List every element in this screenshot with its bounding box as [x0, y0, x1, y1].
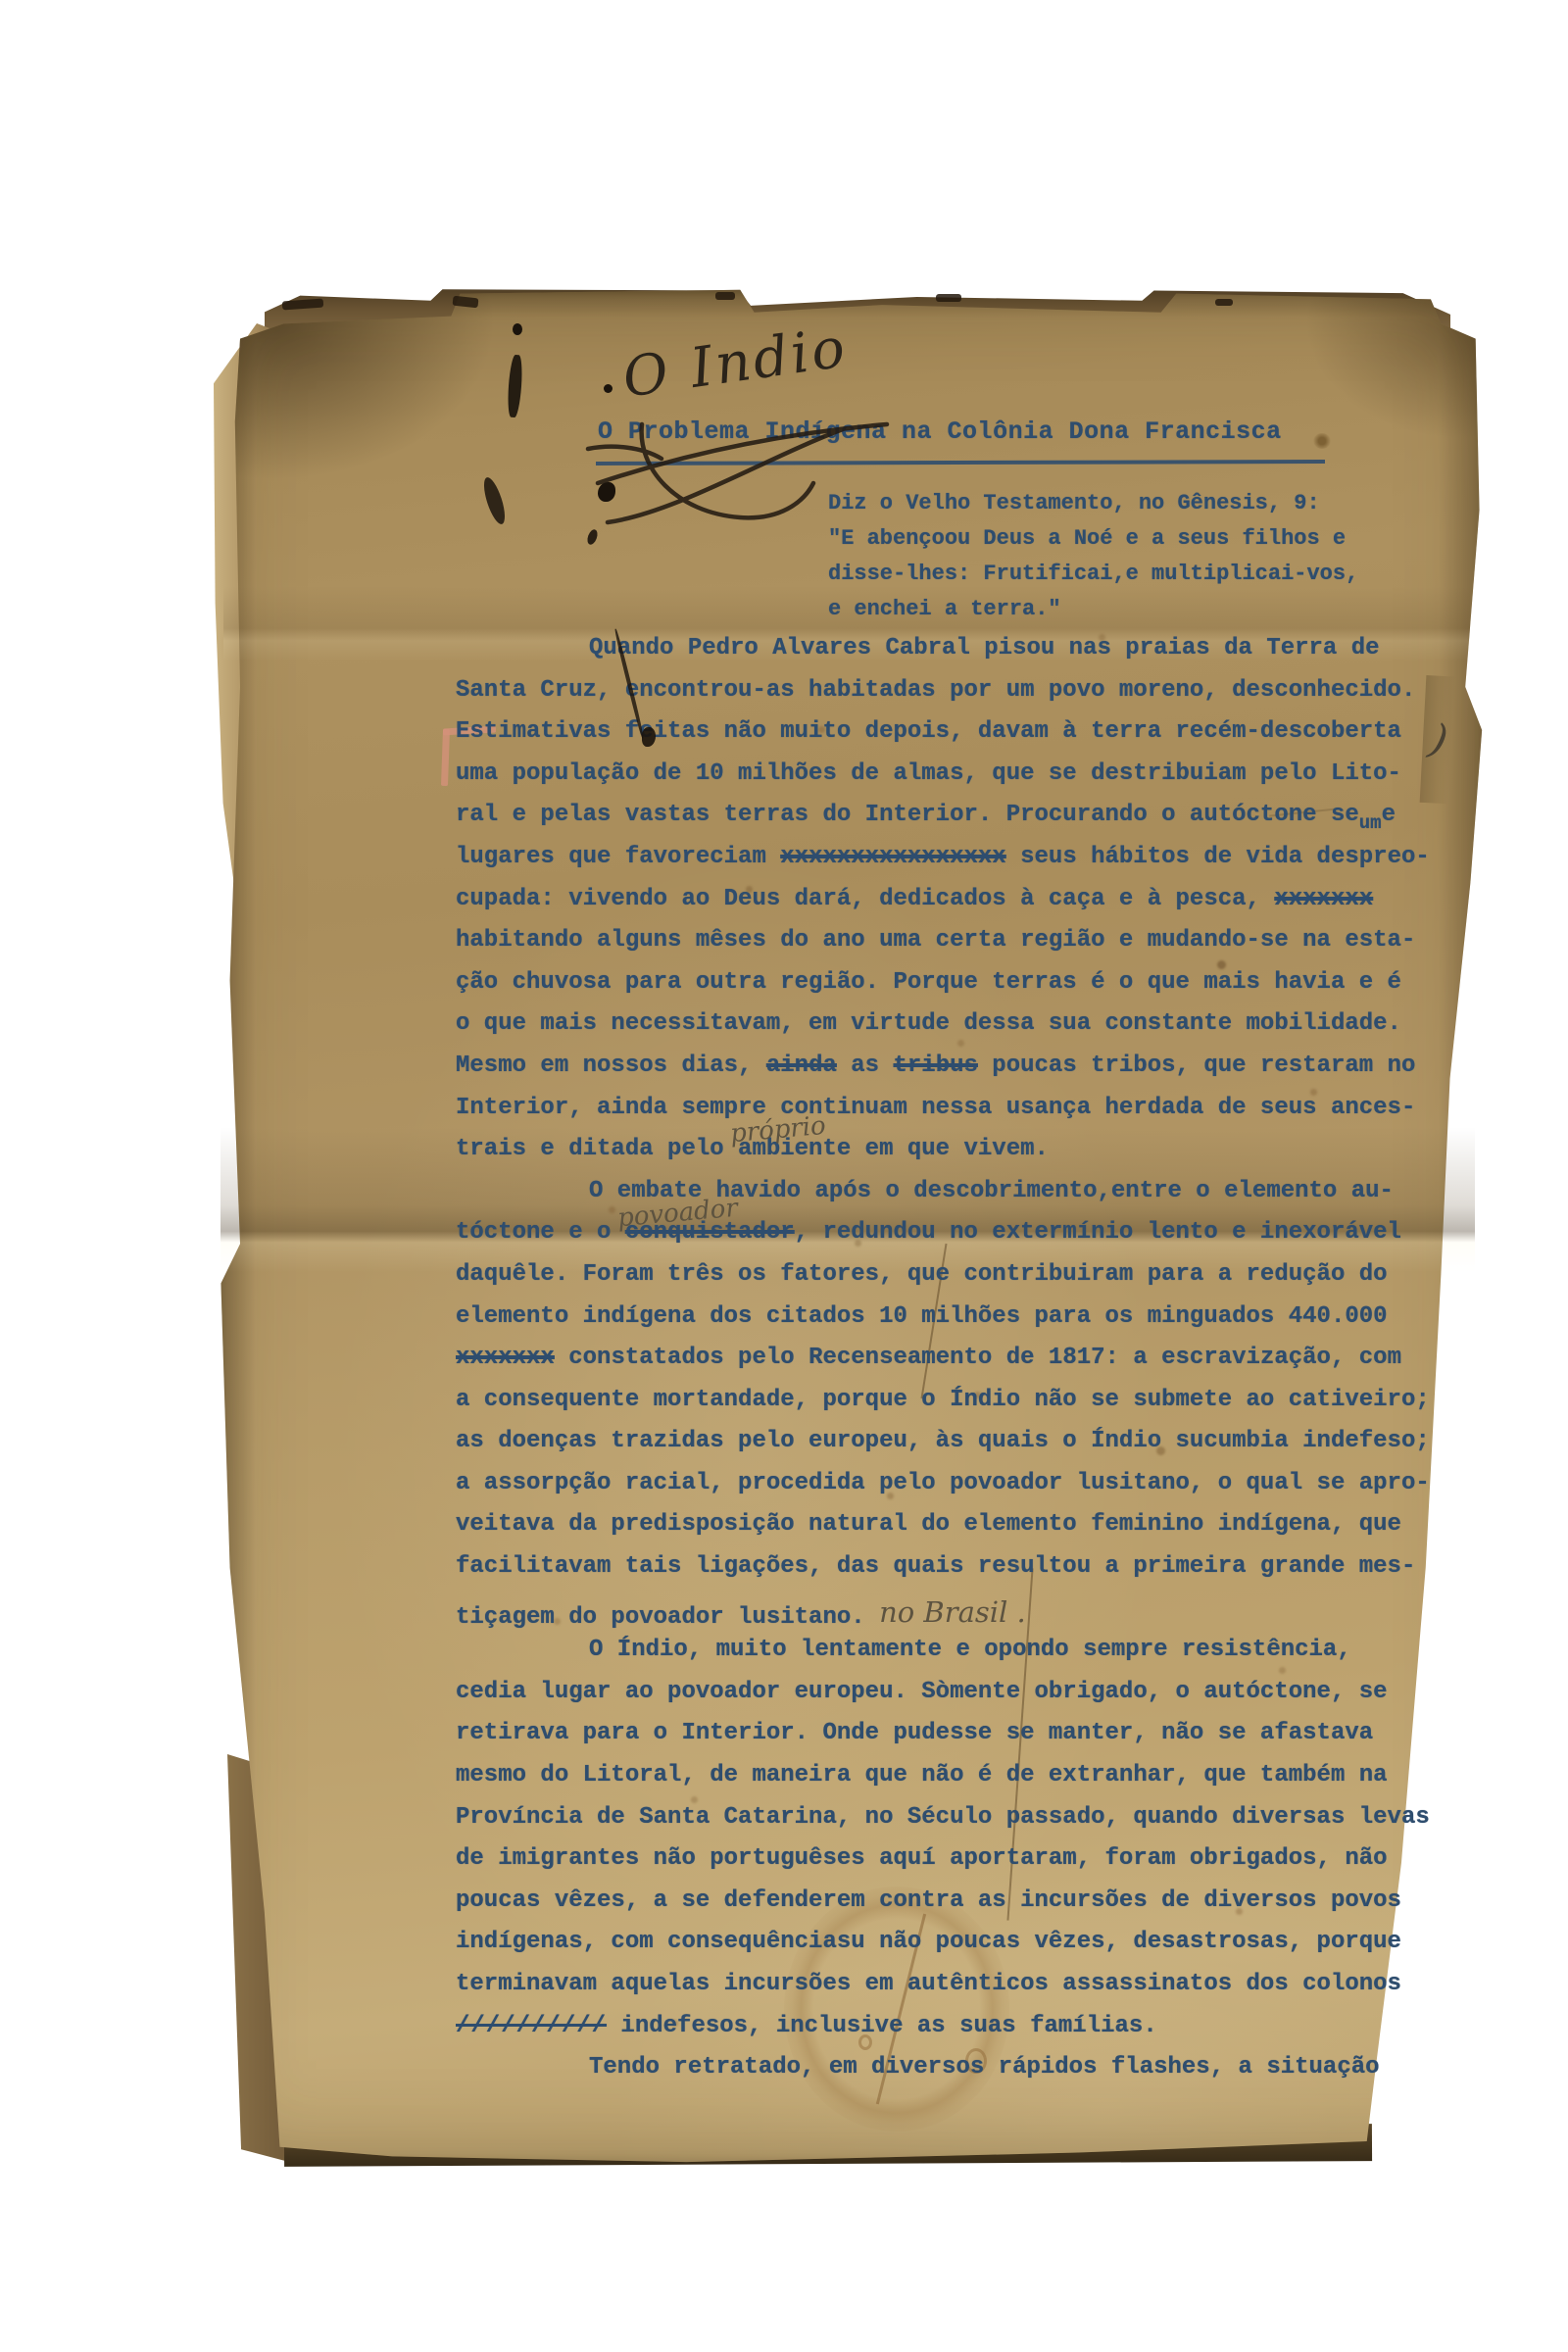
epigraph-line: disse-lhes: Frutificai,e multiplicai-vos…	[828, 557, 1358, 592]
typed-line: retirava para o Interior. Onde pudesse s…	[456, 1720, 1445, 1762]
typed-text: Mesmo em nossos dias,	[456, 1053, 766, 1079]
typed-line: tiçagem do povoador lusitano. no Brasil …	[456, 1595, 1445, 1638]
typed-line: mesmo do Litoral, de maneira que não é d…	[456, 1762, 1445, 1804]
typed-text: indígenas, com consequênciasu não poucas…	[456, 1929, 1401, 1955]
typed-line: facilitavam tais ligações, das quais res…	[456, 1553, 1445, 1595]
typed-text: as doenças trazidas pelo europeu, às qua…	[456, 1428, 1430, 1454]
typed-line: a assorpção racial, procedida pelo povoa…	[456, 1470, 1445, 1512]
typed-line: tóctone e o povoadorconquistador, redund…	[456, 1219, 1445, 1261]
typed-text: o que mais necessitavam, em virtude dess…	[456, 1010, 1401, 1037]
ink-blot	[513, 323, 522, 335]
struck-text: xxxxxxxxxxxxxxxx	[780, 844, 1005, 870]
typed-text: O Índio, muito lentamente e opondo sempr…	[589, 1637, 1351, 1663]
typed-text: tiçagem do povoador lusitano.	[456, 1604, 879, 1631]
document-photo: { "document": { "handwritten_header": "O…	[0, 0, 1568, 2352]
typed-line: Província de Santa Catarina, no Século p…	[456, 1804, 1445, 1846]
cross-out-scribble	[583, 390, 906, 537]
typed-text: poucas vêzes, a se defenderem contra as …	[456, 1887, 1401, 1914]
typed-text: a consequente mortandade, porque o Índio…	[456, 1387, 1430, 1413]
struck-text: tribus	[893, 1053, 977, 1079]
struck-text: xxxxxxx	[1274, 886, 1373, 912]
typed-line: veitava da predisposição natural do elem…	[456, 1511, 1445, 1553]
typed-line: Interior, ainda sempre continuam nessa u…	[456, 1095, 1445, 1137]
typed-line: de imigrantes não portuguêses aquí aport…	[456, 1845, 1445, 1887]
typed-line: cupada: vivendo ao Deus dará, dedicados …	[456, 886, 1445, 928]
typed-line: O embate havido após o descobrimento,ent…	[456, 1178, 1445, 1220]
inline-annotation: no Brasil .	[879, 1595, 1026, 1629]
typed-text: Quando Pedro Alvares Cabral pisou nas pr…	[589, 635, 1380, 661]
typed-line: ção chuvosa para outra região. Porque te…	[456, 969, 1445, 1011]
typed-text: ção chuvosa para outra região. Porque te…	[456, 969, 1401, 996]
typed-text: as	[837, 1053, 894, 1079]
typed-text: , redundou no extermínio lento e inexorá…	[795, 1219, 1401, 1246]
typed-line: o que mais necessitavam, em virtude dess…	[456, 1010, 1445, 1053]
paper-specks	[0, 0, 5, 5]
typed-line: Tendo retratado, em diversos rápidos fla…	[456, 2054, 1445, 2096]
typed-line: Quando Pedro Alvares Cabral pisou nas pr…	[456, 635, 1445, 677]
typed-text: cedia lugar ao povoador europeu. Sòmente…	[456, 1679, 1388, 1705]
typed-text: indefesos, inclusive as suas famílias.	[607, 2013, 1157, 2039]
typed-line: uma população de 10 milhões de almas, qu…	[456, 760, 1445, 803]
typed-line: as doenças trazidas pelo europeu, às qua…	[456, 1428, 1445, 1470]
epigraph-line: e enchei a terra."	[828, 592, 1358, 627]
typed-text: Interior, ainda sempre continuam nessa u…	[456, 1095, 1415, 1121]
typed-text: de imigrantes não portuguêses aquí aport…	[456, 1845, 1388, 1872]
typed-text: facilitavam tais ligações, das quais res…	[456, 1553, 1415, 1580]
typed-text: Estimativas feitas não muito depois, dav…	[456, 718, 1401, 745]
typed-text: cupada: vivendo ao Deus dará, dedicados …	[456, 886, 1274, 912]
typed-line: trais e ditada pelo próprioambiente em q…	[456, 1136, 1445, 1178]
epigraph-quote: Diz o Velho Testamento, no Gênesis, 9:"E…	[828, 486, 1358, 627]
slashed-text: //////////	[456, 2013, 607, 2039]
typed-text: mesmo do Litoral, de maneira que não é d…	[456, 1762, 1388, 1788]
typed-text: ral e pelas vastas terras do Interior. P…	[456, 802, 1359, 828]
typed-text: elemento indígena dos citados 10 milhões…	[456, 1303, 1388, 1330]
typed-text: veitava da predisposição natural do elem…	[456, 1511, 1401, 1538]
typed-line: Santa Cruz, encontrou-as habitadas por u…	[456, 677, 1445, 719]
typed-text: Província de Santa Catarina, no Século p…	[456, 1804, 1430, 1831]
typed-line: terminavam aquelas incursões em autêntic…	[456, 1971, 1445, 2013]
edge-ink-mark	[715, 292, 735, 300]
edge-ink-mark	[936, 294, 961, 302]
edge-ink-mark	[1215, 299, 1233, 306]
typed-text: Tendo retratado, em diversos rápidos fla…	[589, 2054, 1380, 2081]
typed-line: Mesmo em nossos dias, ainda as tribus po…	[456, 1053, 1445, 1095]
typed-text: tóctone e o	[456, 1219, 625, 1246]
typed-line: Estimativas feitas não muito depois, dav…	[456, 718, 1445, 760]
typed-text: a assorpção racial, procedida pelo povoa…	[456, 1470, 1430, 1496]
typed-line: ral e pelas vastas terras do Interior. P…	[456, 802, 1445, 844]
epigraph-line: "E abençoou Deus a Noé e a seus filhos e	[828, 521, 1358, 557]
typed-line: ////////// indefesos, inclusive as suas …	[456, 2013, 1445, 2055]
typed-line: O Índio, muito lentamente e opondo sempr…	[456, 1637, 1445, 1679]
typed-text: lugares que favoreciam	[456, 844, 780, 870]
brown-stain-dot	[1313, 433, 1331, 449]
typed-text: uma população de 10 milhões de almas, qu…	[456, 760, 1401, 787]
typed-text: daquêle. Foram três os fatores, que cont…	[456, 1261, 1388, 1288]
typed-body: Quando Pedro Alvares Cabral pisou nas pr…	[456, 635, 1445, 2096]
typed-text: habitando alguns mêses do ano uma certa …	[456, 927, 1415, 954]
typed-text: poucas tribos, que restaram no	[978, 1053, 1415, 1079]
inline-annotation: um	[1359, 812, 1382, 834]
typed-text: trais e ditada pelo	[456, 1136, 738, 1162]
typed-line: xxxxxxx constatados pelo Recenseamento d…	[456, 1345, 1445, 1387]
typed-text: e	[1382, 802, 1396, 828]
struck-text: xxxxxxx	[456, 1345, 555, 1371]
epigraph-line: Diz o Velho Testamento, no Gênesis, 9:	[828, 486, 1358, 521]
typed-text: retirava para o Interior. Onde pudesse s…	[456, 1720, 1373, 1746]
typed-line: daquêle. Foram três os fatores, que cont…	[456, 1261, 1445, 1303]
typed-line: a consequente mortandade, porque o Índio…	[456, 1387, 1445, 1429]
struck-text: ainda	[766, 1053, 837, 1079]
typed-line: lugares que favoreciam xxxxxxxxxxxxxxxx …	[456, 844, 1445, 886]
typed-line: habitando alguns mêses do ano uma certa …	[456, 927, 1445, 969]
typed-text: Santa Cruz, encontrou-as habitadas por u…	[456, 677, 1415, 704]
typed-text: seus hábitos de vida despreo-	[1006, 844, 1430, 870]
typed-line: indígenas, com consequênciasu não poucas…	[456, 1929, 1445, 1971]
typed-text: constatados pelo Recenseamento de 1817: …	[555, 1345, 1401, 1371]
typed-line: elemento indígena dos citados 10 milhões…	[456, 1303, 1445, 1346]
typed-line: cedia lugar ao povoador europeu. Sòmente…	[456, 1679, 1445, 1721]
typed-line: poucas vêzes, a se defenderem contra as …	[456, 1887, 1445, 1930]
typed-text: terminavam aquelas incursões em autêntic…	[456, 1971, 1401, 1997]
